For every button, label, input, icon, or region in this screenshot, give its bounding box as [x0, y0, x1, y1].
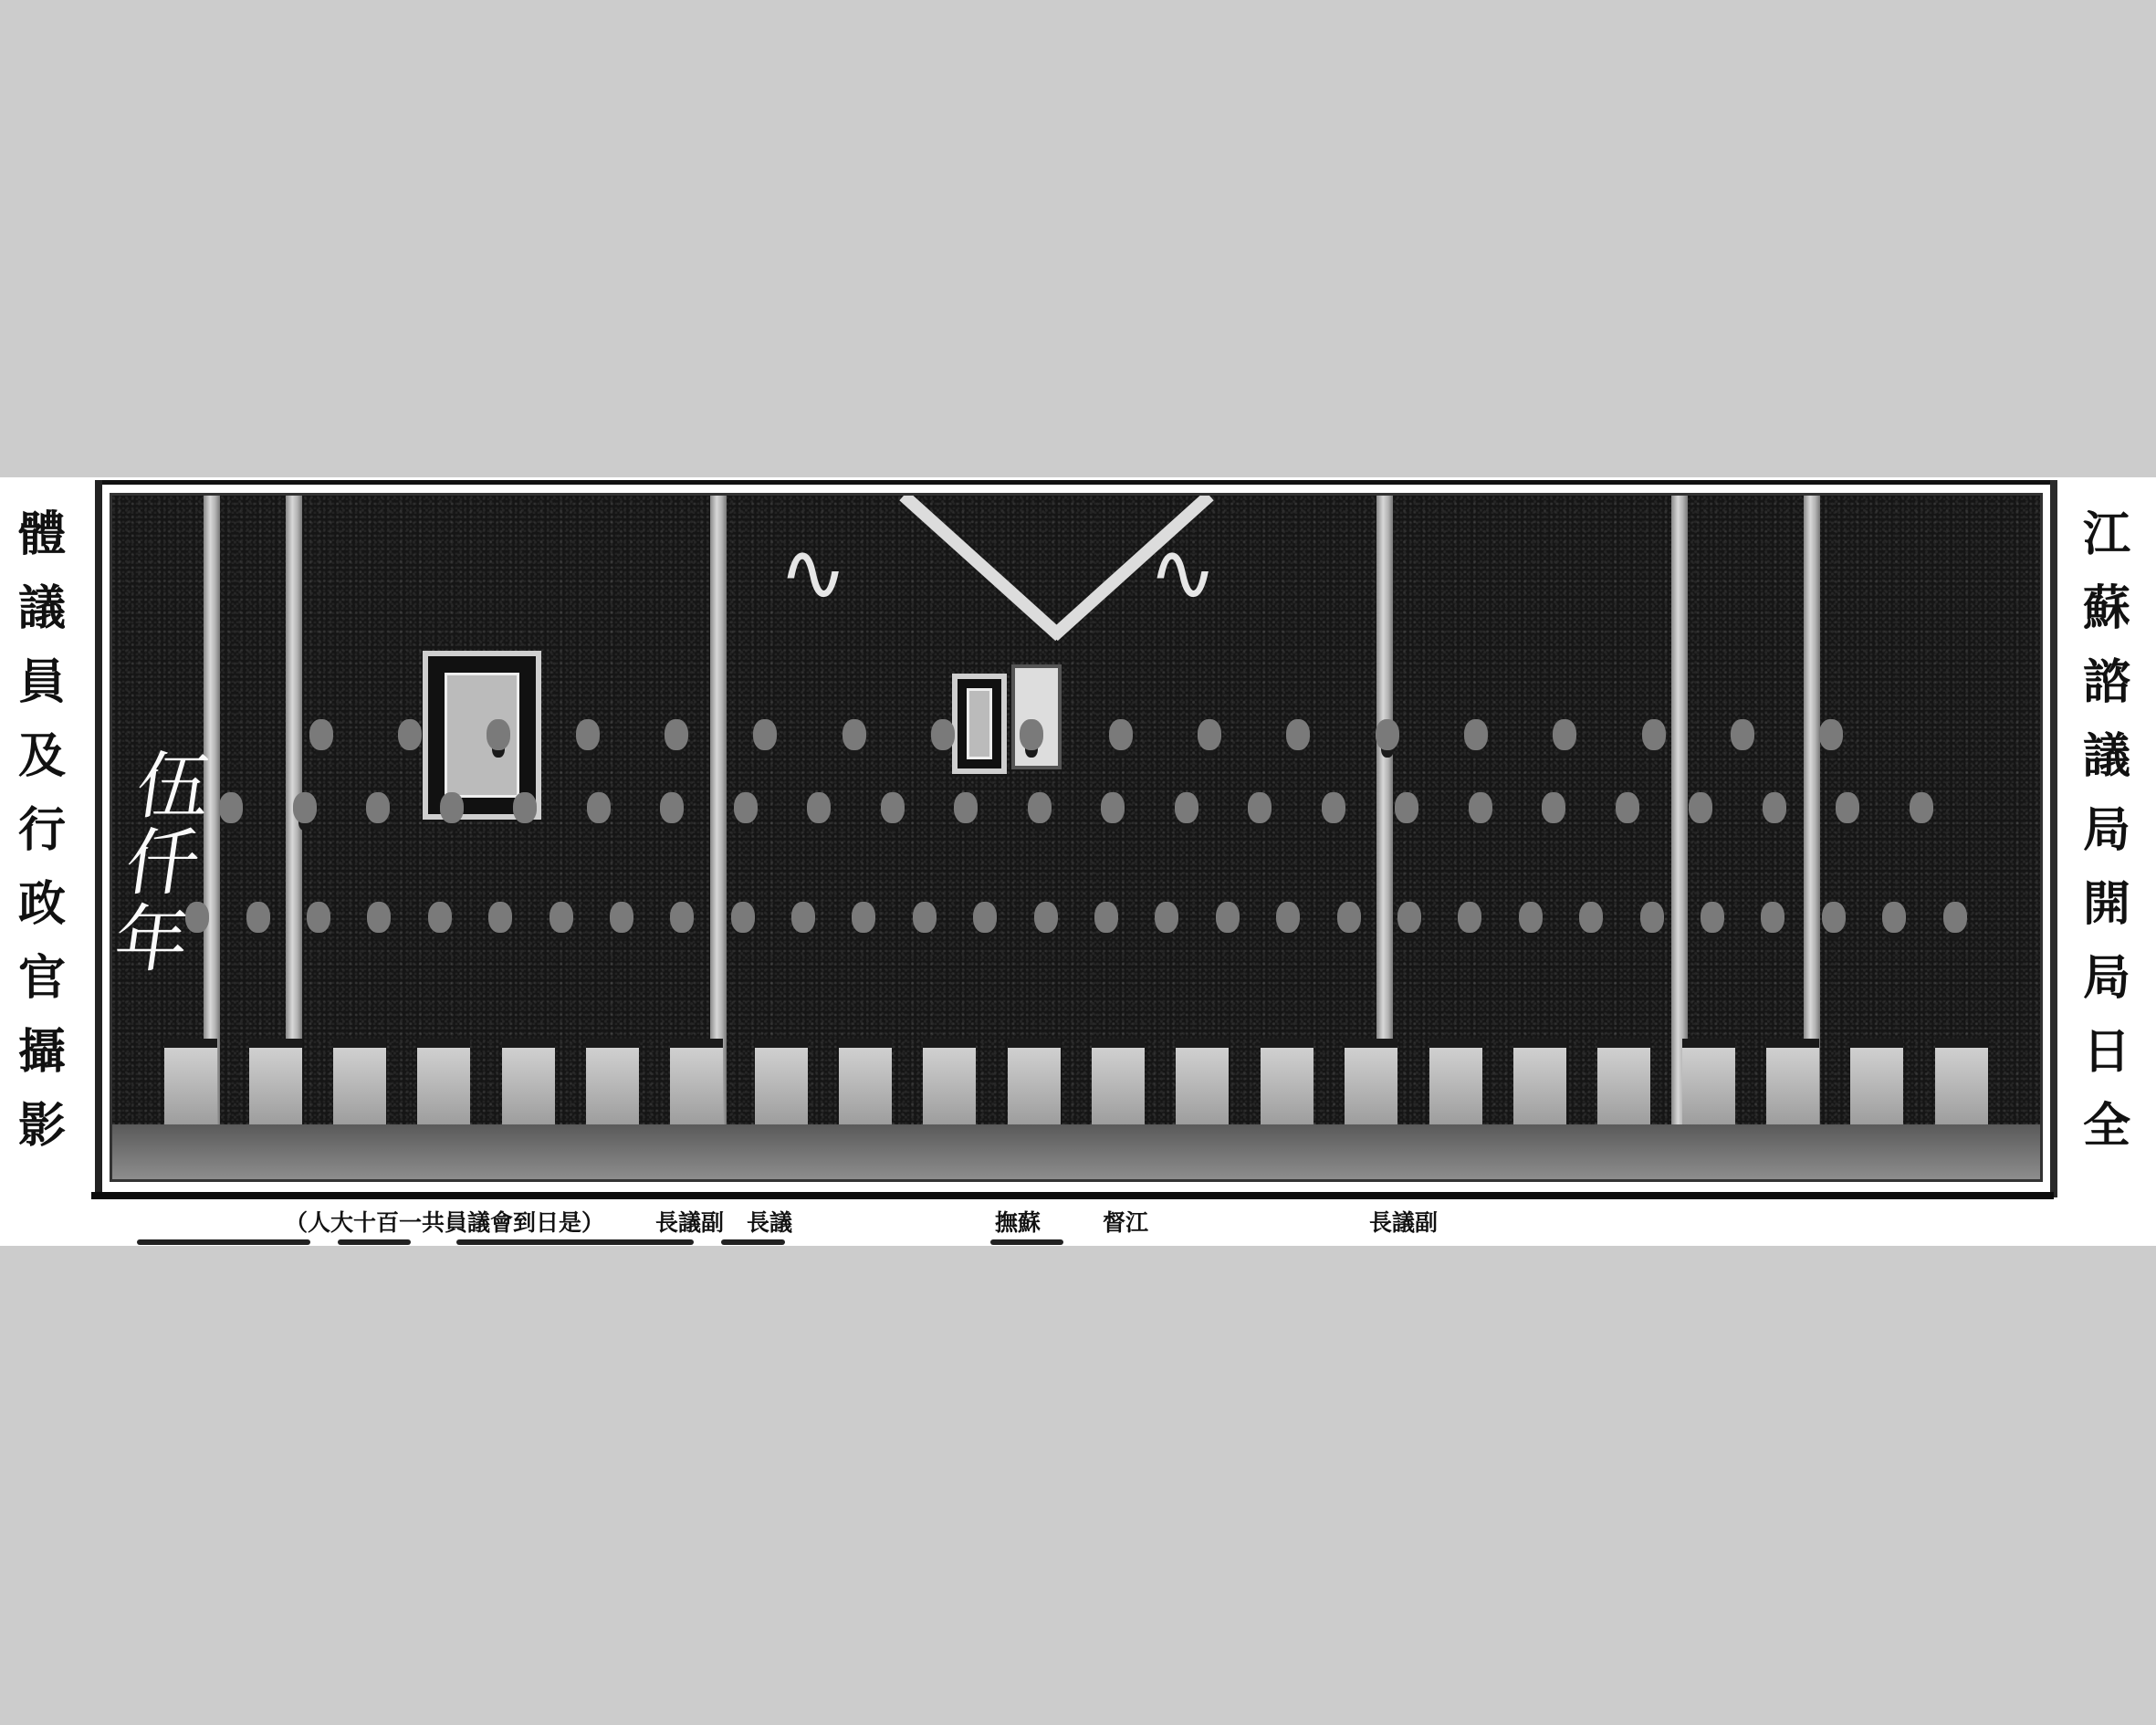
crowd-front-row: [112, 902, 2040, 933]
label-vice-speaker-right: 長議副: [1369, 1205, 1438, 1238]
title-char: 員: [18, 659, 66, 733]
title-char: 開: [2083, 881, 2130, 955]
crowd-middle-row: [112, 792, 2040, 823]
label-jiangsu-viceroy: 督江: [1103, 1205, 1148, 1238]
title-char: 全: [2083, 1103, 2130, 1176]
dragon-emblem-right: ∿: [1148, 532, 1217, 614]
title-left-vertical: 體 議 員 及 行 政 官 攝 影: [18, 511, 66, 1176]
title-char: 江: [2083, 511, 2130, 585]
label-vice-speaker-left: 長議副: [655, 1205, 724, 1238]
title-char: 政: [18, 881, 66, 955]
lower-rule: [456, 1239, 694, 1245]
title-char: 局: [2083, 807, 2130, 881]
crowd-back-row: [112, 719, 2040, 750]
watermark-char: 伍: [131, 748, 215, 825]
lower-rule: [721, 1239, 785, 1245]
title-char: 及: [18, 733, 66, 807]
title-char: 局: [2083, 955, 2130, 1029]
title-char: 攝: [18, 1029, 66, 1103]
title-char: 官: [18, 955, 66, 1029]
frame-right-border: [2050, 480, 2057, 1197]
dragon-emblem-left: ∿: [779, 532, 847, 614]
title-char: 影: [18, 1103, 66, 1176]
attendance-note: （人大十百一共員議會到日是）: [285, 1205, 604, 1238]
hanging-lantern: [1011, 664, 1062, 769]
group-photograph: ∿ ∿: [110, 493, 2043, 1182]
title-char: 議: [18, 585, 66, 659]
photo-caption: （人大十百一共員議會到日是） 長議副 長議 撫蘇 督江 長議副: [0, 1201, 2156, 1238]
frame-left-border: [95, 480, 102, 1197]
title-char: 議: [2083, 733, 2130, 807]
lower-rule: [990, 1239, 1063, 1245]
watermark-char: 年: [110, 902, 194, 978]
title-char: 體: [18, 511, 66, 585]
label-suzhou-governor: 撫蘇: [995, 1205, 1041, 1238]
floor: [112, 1124, 2040, 1179]
title-char: 諮: [2083, 659, 2130, 733]
frame-top-border: [96, 480, 2054, 485]
title-char: 行: [18, 807, 66, 881]
title-right-vertical: 江 蘇 諮 議 局 開 局 日 全: [2083, 511, 2130, 1176]
seated-robes: [149, 1020, 2004, 1130]
frame-bottom-border: [91, 1192, 2054, 1199]
watermark-char: 仟: [120, 825, 204, 902]
lower-rule: [338, 1239, 411, 1245]
lower-rule: [137, 1239, 310, 1245]
title-char: 蘇: [2083, 585, 2130, 659]
title-char: 日: [2083, 1029, 2130, 1103]
label-speaker: 長議: [747, 1205, 792, 1238]
